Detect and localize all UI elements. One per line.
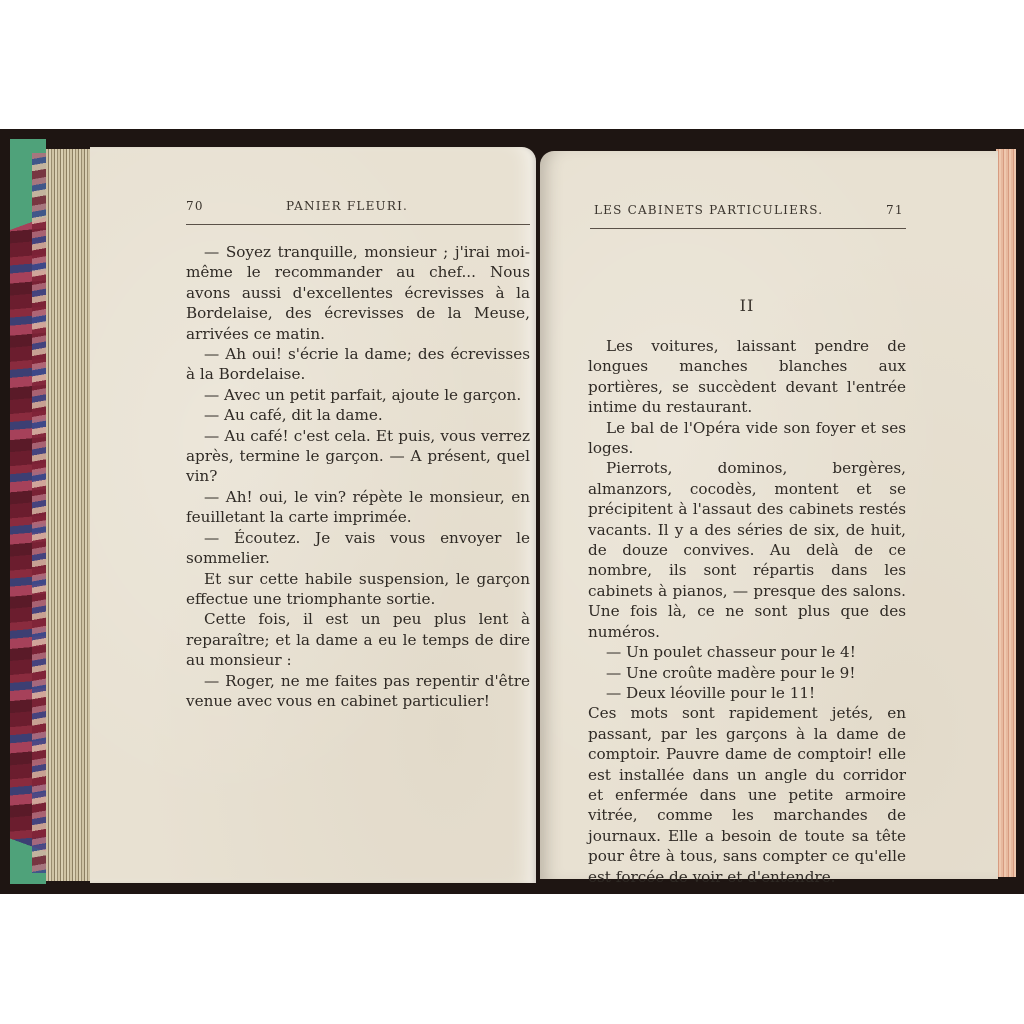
paragraph: Le bal de l'Opéra vide son foyer et ses … <box>588 418 906 459</box>
page-number: 71 <box>886 203 904 217</box>
running-title: PANIER FLEURI. <box>286 199 408 213</box>
paragraph: — Au café, dit la dame. <box>186 405 530 425</box>
page-stack-left <box>46 149 90 881</box>
paragraph: — Écoutez. Je vais vous envoyer le somme… <box>186 528 530 569</box>
chapter-number: II <box>588 296 906 315</box>
paragraph: Cette fois, il est un peu plus lent à re… <box>186 609 530 670</box>
left-page: 70 PANIER FLEURI. — Soyez tranquille, mo… <box>90 147 536 883</box>
paragraph: Ces mots sont rapidement jetés, en passa… <box>588 703 906 887</box>
paragraph: Et sur cette habile suspension, le garço… <box>186 569 530 610</box>
paragraph: — Un poulet chasseur pour le 4! <box>588 642 906 662</box>
body-text: Les voitures, laissant pendre de longues… <box>588 336 906 887</box>
paragraph: — Soyez tranquille, monsieur ; j'irai mo… <box>186 242 530 344</box>
paragraph: — Ah! oui, le vin? répète le monsieur, e… <box>186 487 530 528</box>
paragraph: — Ah oui! s'écrie la dame; des écrevisse… <box>186 344 530 385</box>
paragraph: — Une croûte madère pour le 9! <box>588 663 906 683</box>
open-book: 70 PANIER FLEURI. — Soyez tranquille, mo… <box>0 129 1024 894</box>
page-stack-right <box>996 149 1016 877</box>
paragraph: — Roger, ne me faites pas repentir d'êtr… <box>186 671 530 712</box>
right-page: LES CABINETS PARTICULIERS. 71 II Les voi… <box>540 151 998 879</box>
body-text: — Soyez tranquille, monsieur ; j'irai mo… <box>186 242 530 711</box>
header-rule <box>590 228 906 229</box>
paragraph: — Deux léoville pour le 11! <box>588 683 906 703</box>
page-number: 70 <box>186 199 204 213</box>
paragraph: — Avec un petit parfait, ajoute le garço… <box>186 385 530 405</box>
paragraph: Pierrots, dominos, bergères, almanzors, … <box>588 458 906 642</box>
paragraph: Les voitures, laissant pendre de longues… <box>588 336 906 418</box>
running-title: LES CABINETS PARTICULIERS. <box>594 203 823 217</box>
paragraph: — Au café! c'est cela. Et puis, vous ver… <box>186 426 530 487</box>
marbled-endpaper <box>32 153 46 873</box>
header-rule <box>186 224 530 225</box>
